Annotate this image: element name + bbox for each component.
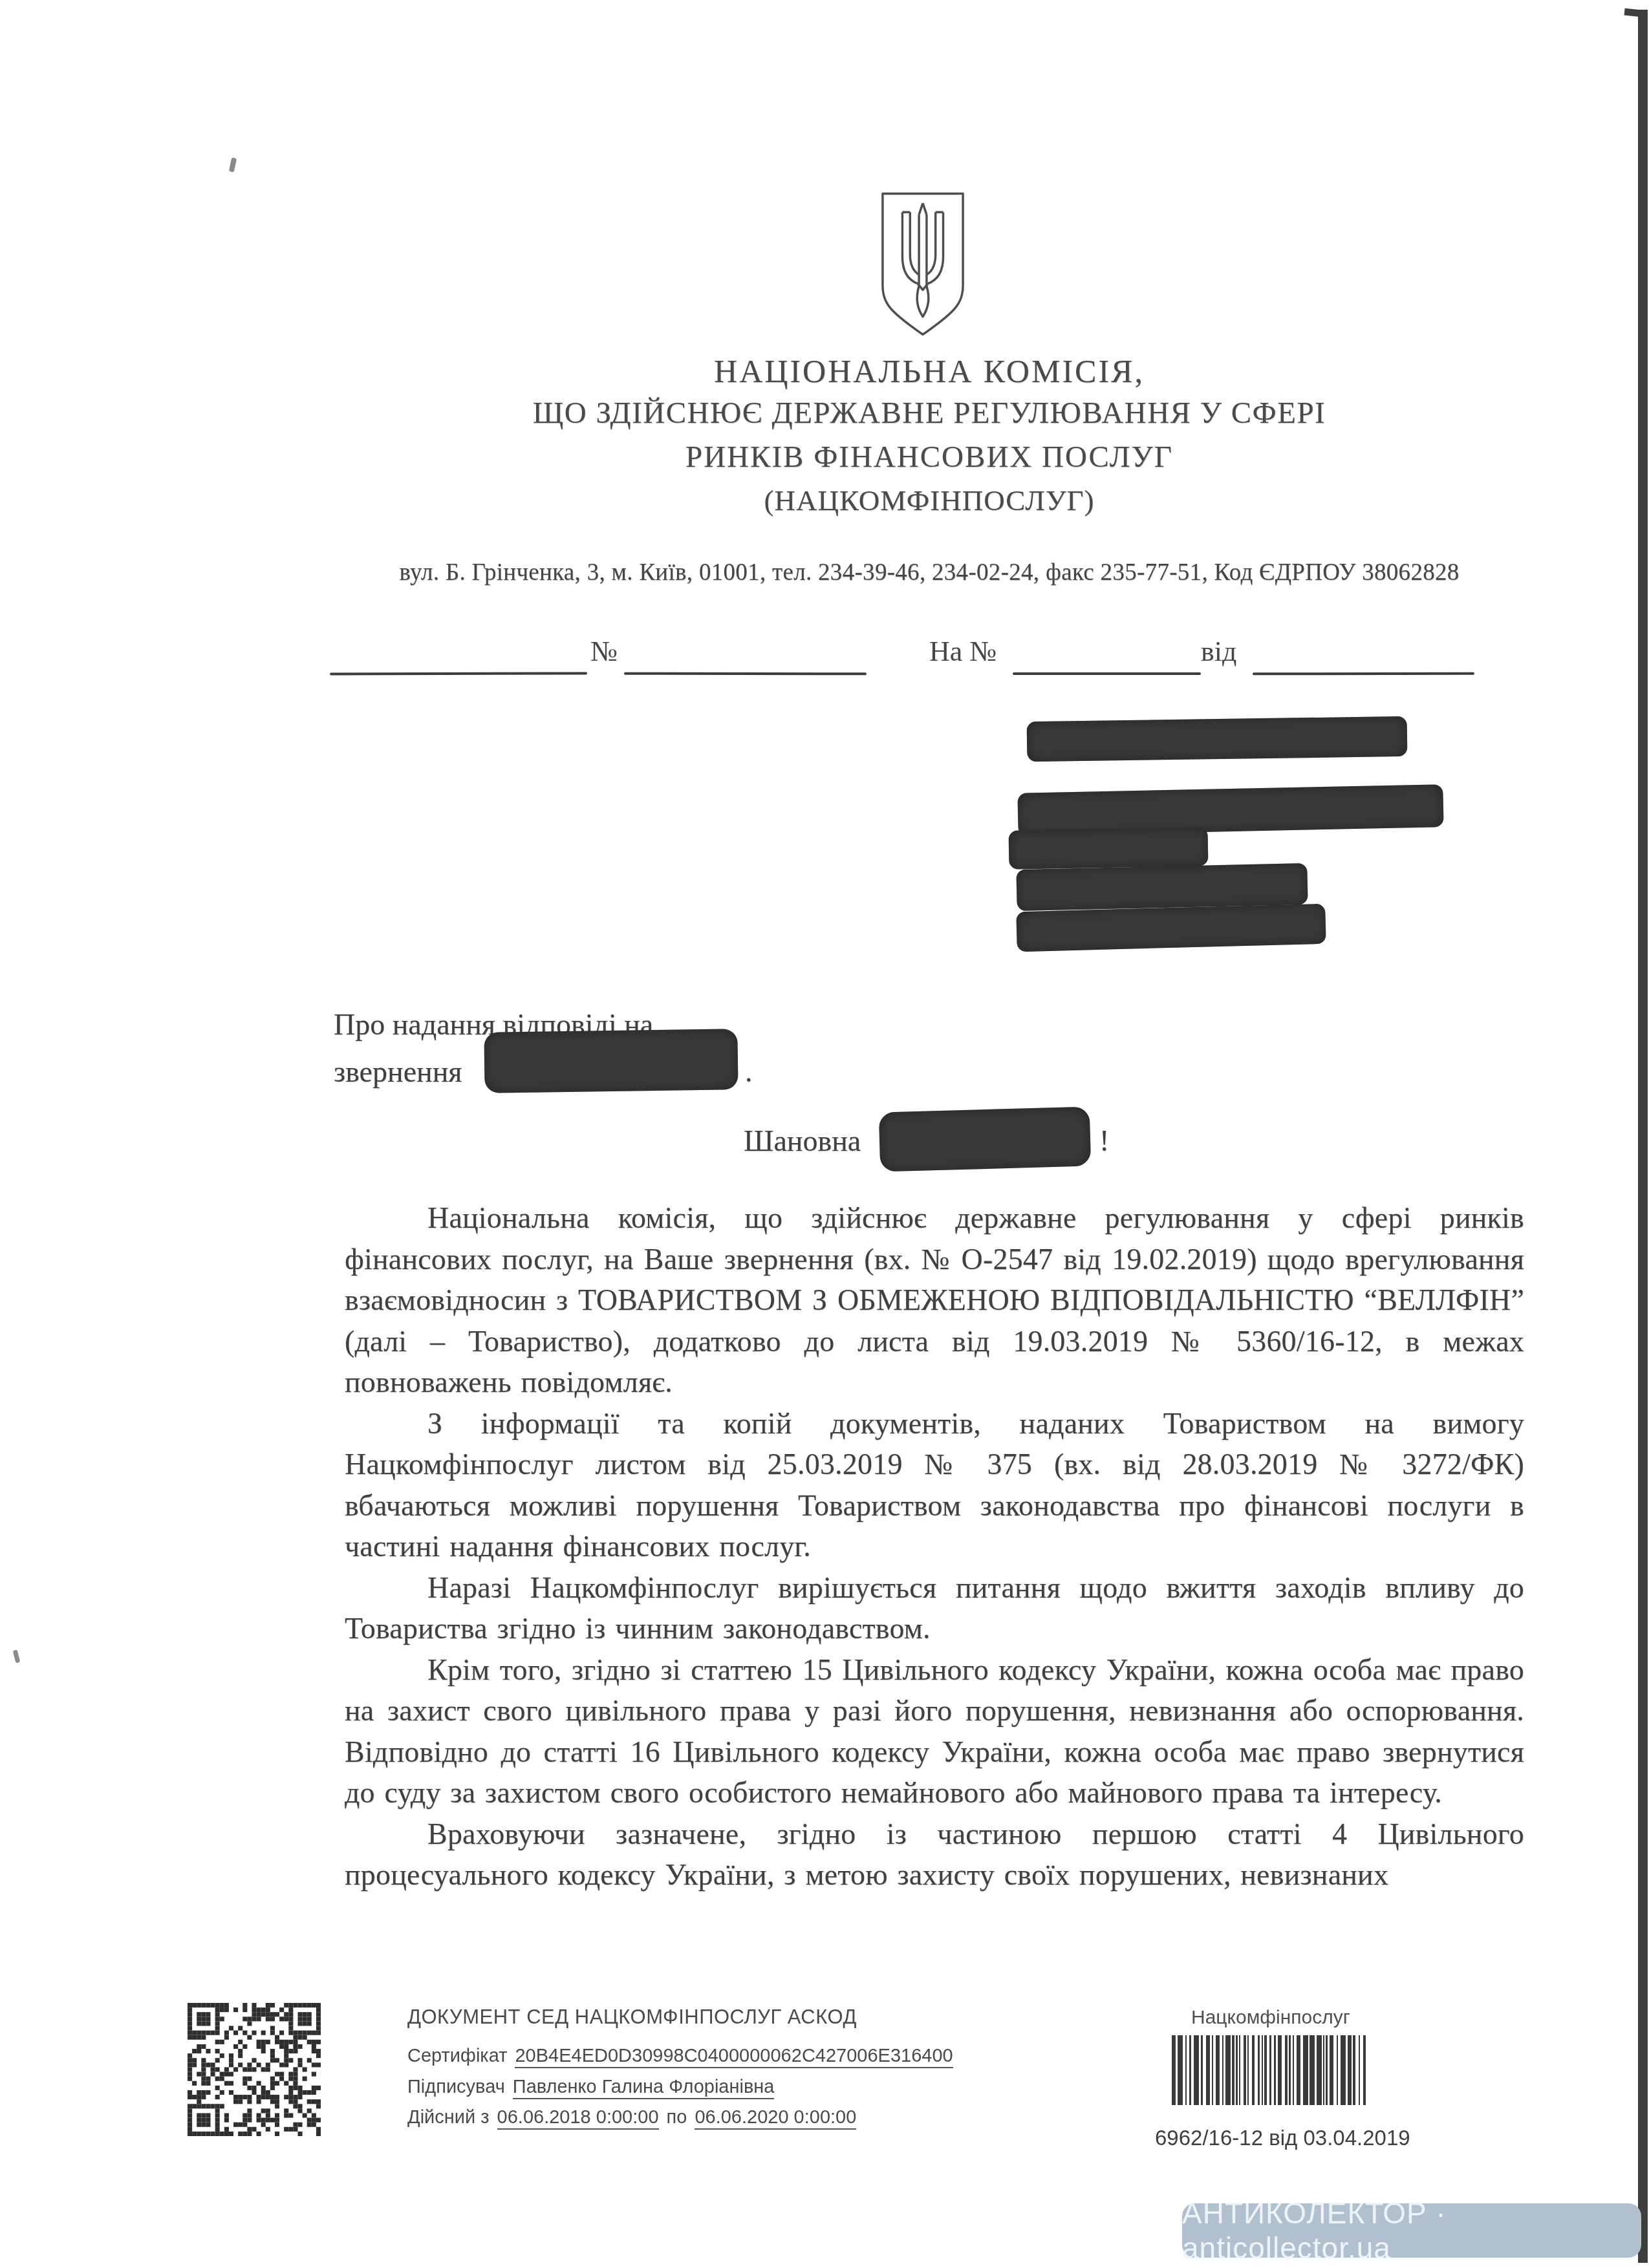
org-title-line3: РИНКІВ ФІНАНСОВИХ ПОСЛУГ — [315, 440, 1544, 475]
redaction-bar-salutation-name — [879, 1106, 1091, 1171]
body-paragraph: Враховуючи зазначене, згідно із частиною… — [345, 1813, 1524, 1896]
certificate-value: 20B4E4ED0D30998C0400000062C427006E316400 — [515, 2046, 953, 2068]
blank-line-outgoing-left — [330, 672, 587, 675]
scan-edge-hook — [1624, 8, 1641, 17]
trident-emblem-icon — [878, 189, 967, 339]
redaction-bar-district — [1016, 863, 1308, 911]
scanned-letter-page: { "document": { "emblem": "ukraine-tride… — [0, 0, 1649, 2268]
signer-row: ПідписувачПавленко Галина Флоріанівна — [407, 2077, 782, 2098]
org-contact-line: вул. Б. Грінченка, 3, м. Київ, 01001, те… — [315, 559, 1544, 586]
body-paragraph: Національна комісія, що здійснює державн… — [345, 1197, 1524, 1403]
blank-line-date — [1253, 672, 1474, 676]
signer-label: Підписувач — [407, 2077, 505, 2097]
barcode — [1172, 2035, 1370, 2105]
redaction-bar-village — [1008, 827, 1208, 869]
redaction-bar-region — [1016, 904, 1326, 952]
org-title-line1: НАЦІОНАЛЬНА КОМІСІЯ, — [315, 352, 1544, 390]
validity-label: Дійсний з — [407, 2107, 490, 2128]
watermark-text: АНТИКОЛЕКТОР · anticollector.ua — [1182, 2196, 1641, 2265]
outgoing-number-label: № — [590, 635, 618, 668]
blank-line-outgoing-right — [624, 672, 867, 676]
body-paragraph: З інформації та копій документів, надани… — [345, 1403, 1524, 1567]
body-paragraph: Крім того, згідно зі статтею 15 Цивільно… — [345, 1649, 1524, 1813]
subject-line2-suffix: . — [745, 1054, 753, 1089]
org-title-line4: (НАЦКОМФІНПОСЛУГ) — [315, 484, 1544, 517]
org-title-line2: ЩО ЗДІЙСНЮЄ ДЕРЖАВНЕ РЕГУЛЮВАННЯ У СФЕРІ — [315, 396, 1544, 431]
signer-value: Павленко Галина Флоріанівна — [513, 2077, 775, 2099]
scan-speck — [13, 1649, 21, 1663]
body-paragraph: Наразі Нацкомфінпослуг вирішується питан… — [345, 1567, 1524, 1649]
sed-system-title: ДОКУМЕНТ СЕД НАЦКОМФІНПОСЛУГ АСКОД — [407, 2006, 857, 2029]
salutation-suffix: ! — [1099, 1124, 1109, 1158]
stamp-doc-number: 6962/16-12 від 03.04.2019 — [1155, 2126, 1410, 2150]
redaction-bar-subject — [484, 1029, 738, 1093]
certificate-label: Сертифікат — [407, 2046, 507, 2066]
date-label: від — [1201, 635, 1236, 668]
blank-line-incoming — [1013, 672, 1201, 675]
incoming-number-label: На № — [929, 635, 997, 668]
validity-to: 06.06.2020 0:00:00 — [695, 2107, 856, 2130]
redaction-bar-street — [1017, 784, 1443, 836]
scan-edge-strip — [1638, 10, 1648, 2263]
qr-code — [188, 2003, 321, 2136]
watermark-badge: АНТИКОЛЕКТОР · anticollector.ua — [1182, 2203, 1641, 2258]
validity-row: Дійсний з06.06.2018 0:00:00по06.06.2020 … — [407, 2107, 864, 2128]
letter-body: Національна комісія, що здійснює державн… — [345, 1197, 1524, 1896]
stamp-org-name: Нацкомфінпослуг — [1191, 2007, 1350, 2029]
salutation-prefix: Шановна — [744, 1124, 861, 1158]
certificate-row: Сертифікат20B4E4ED0D30998C0400000062C427… — [407, 2046, 961, 2067]
validity-to-label: по — [667, 2107, 687, 2128]
subject-line2-prefix: звернення — [334, 1054, 462, 1089]
validity-from: 06.06.2018 0:00:00 — [497, 2107, 659, 2130]
redaction-bar-addressee-name — [1027, 716, 1408, 762]
scan-speck — [229, 157, 237, 172]
